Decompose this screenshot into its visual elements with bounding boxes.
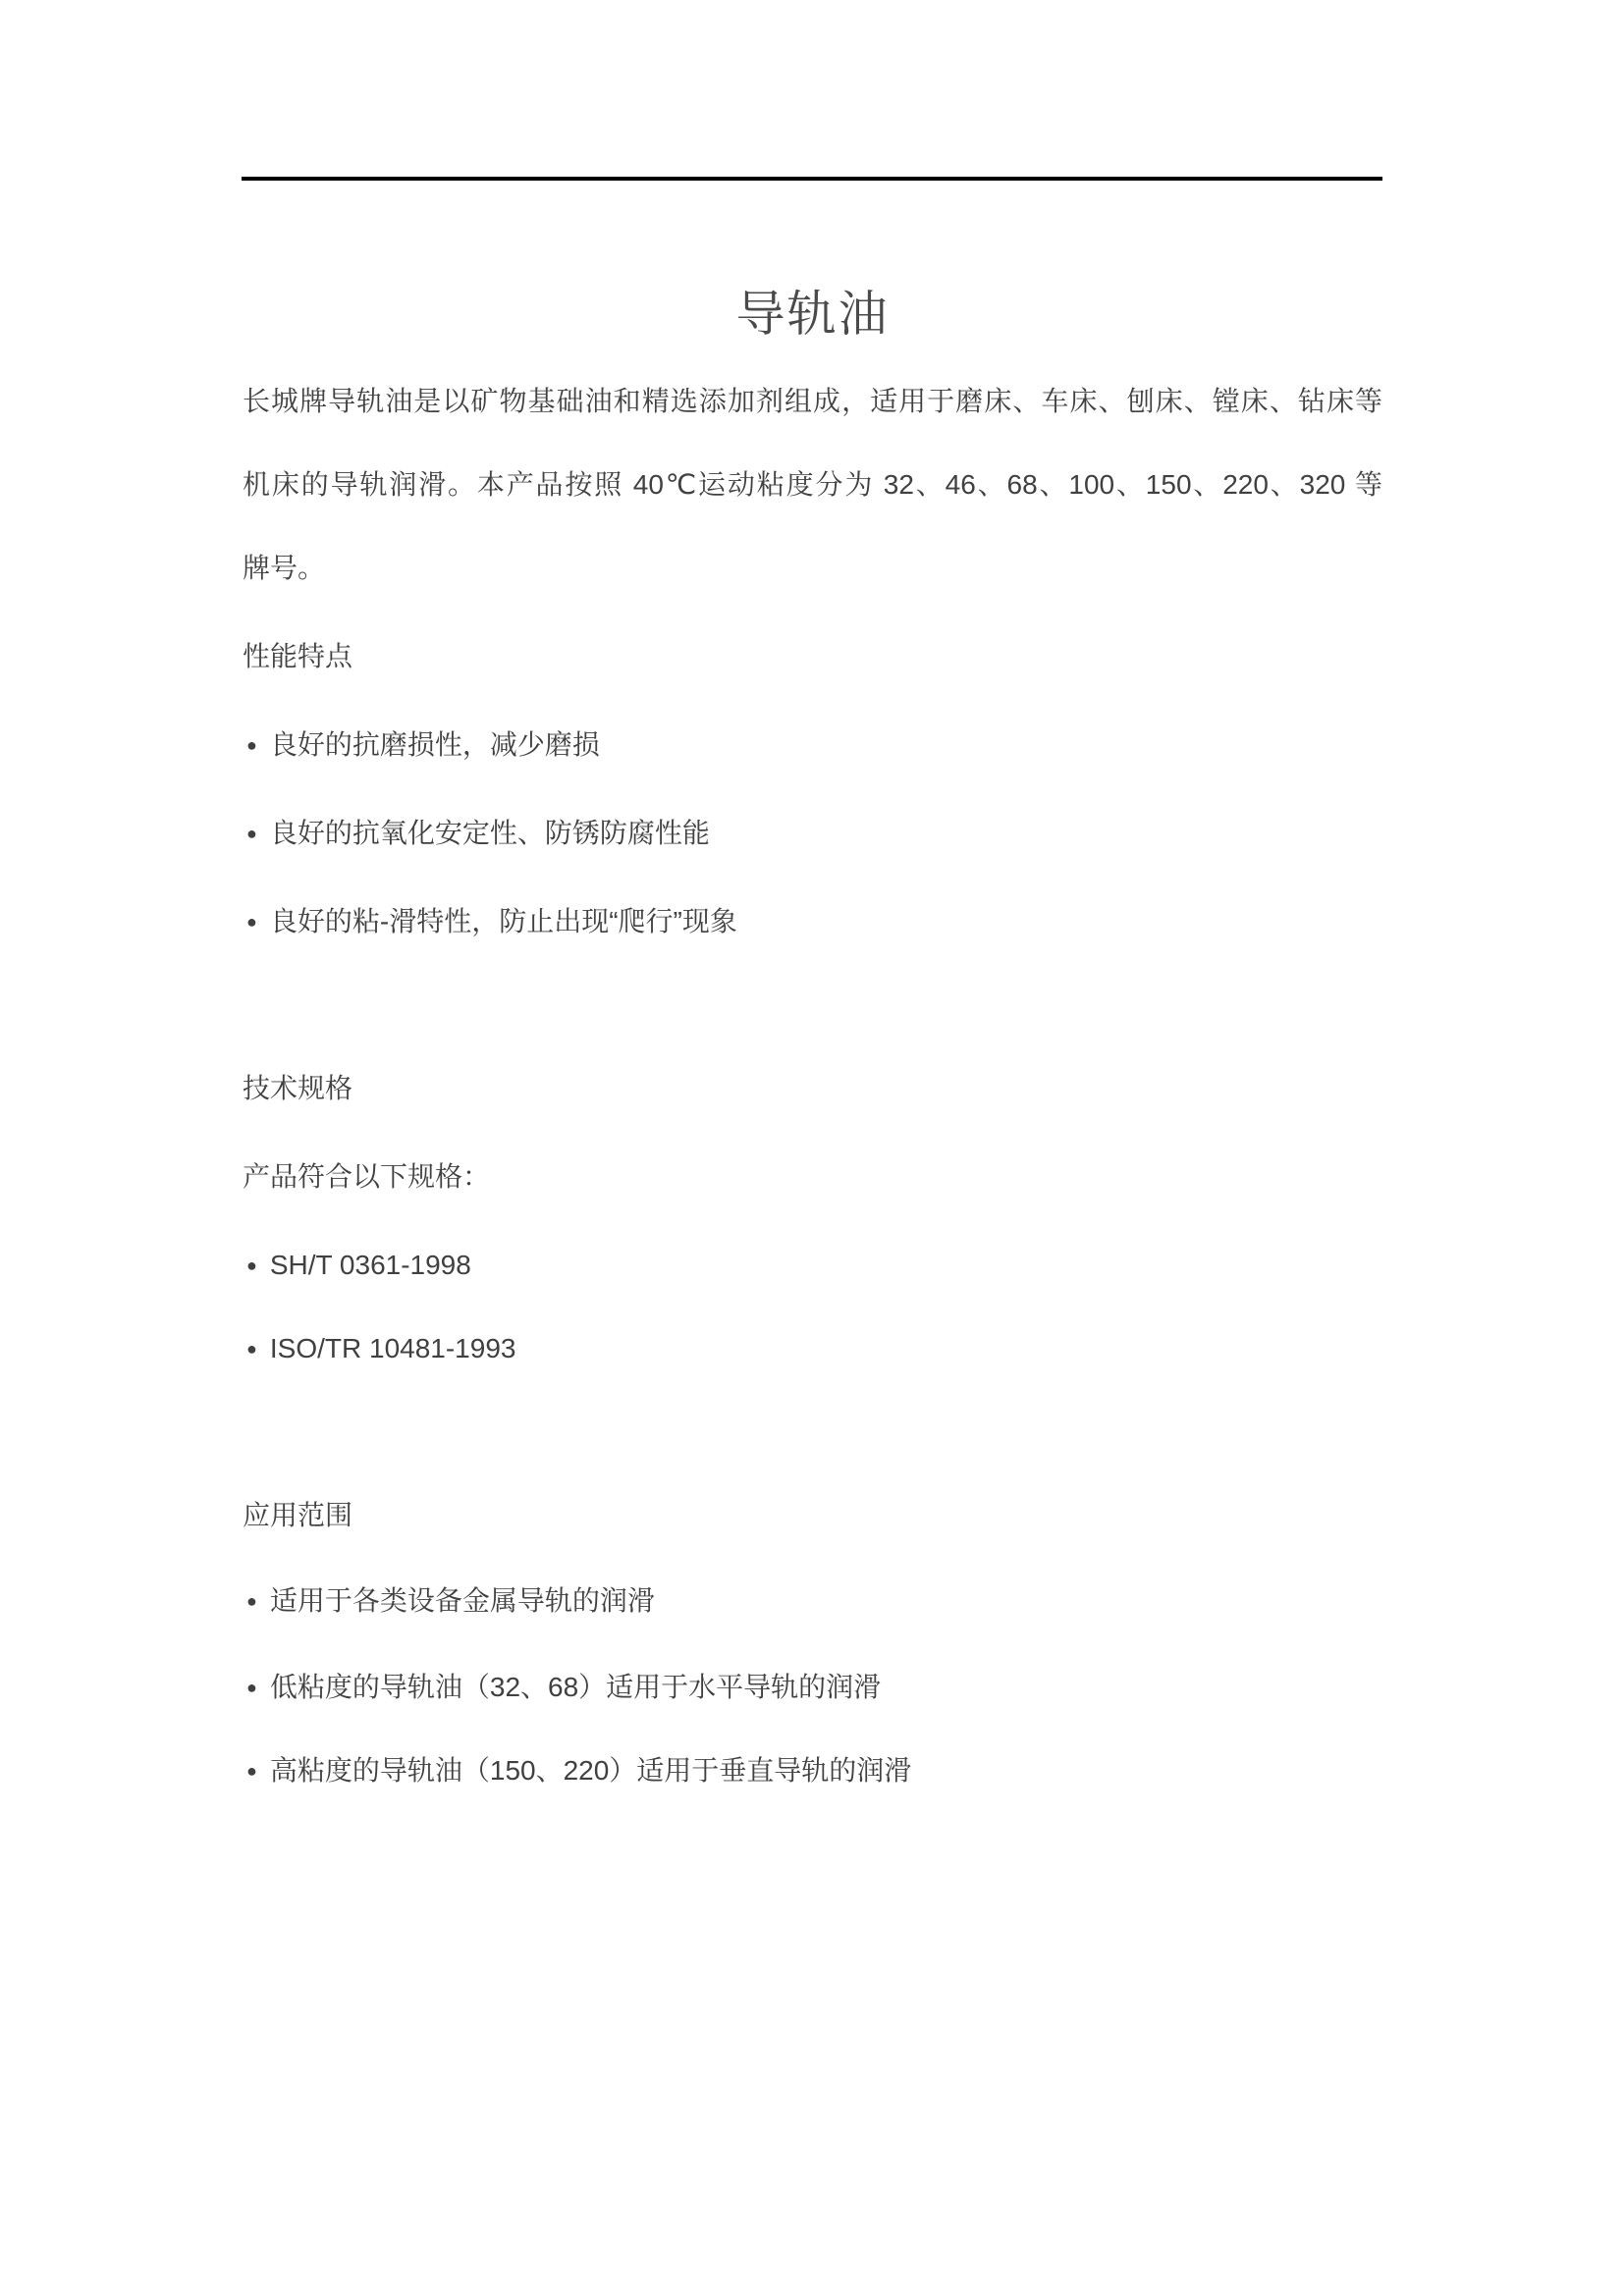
bullet-icon: ● — [246, 1670, 257, 1705]
list-item-text: SH/T 0361-1998 — [270, 1250, 471, 1280]
intro-paragraph-line: 牌号。 — [243, 551, 1382, 586]
list-item: ●适用于各类设备金属导轨的润滑 — [243, 1583, 1382, 1619]
section-heading-specs: 技术规格 — [243, 1071, 1382, 1106]
list-item-text: 高粘度的导轨油（150、220）适用于垂直导轨的润滑 — [270, 1755, 911, 1786]
list-item: ●高粘度的导轨油（150、220）适用于垂直导轨的润滑 — [243, 1753, 1382, 1789]
list-item: ●SH/T 0361-1998 — [243, 1248, 1382, 1283]
bullet-icon: ● — [246, 904, 257, 939]
list-item: ●ISO/TR 10481-1993 — [243, 1331, 1382, 1366]
list-item-text: 低粘度的导轨油（32、68）适用于水平导轨的润滑 — [270, 1672, 881, 1702]
bullet-icon: ● — [246, 727, 257, 763]
bullet-icon: ● — [246, 816, 257, 851]
intro-paragraph-line: 长城牌导轨油是以矿物基础油和精选添加剂组成，适用于磨床、车床、刨床、镗床、钻床等 — [243, 384, 1382, 419]
list-item-text: ISO/TR 10481-1993 — [270, 1333, 516, 1363]
section-heading-applications: 应用范围 — [243, 1498, 1382, 1533]
list-item-text: 良好的粘-滑特性，防止出现“爬行”现象 — [270, 906, 737, 936]
bullet-icon: ● — [246, 1583, 257, 1619]
section-heading-performance: 性能特点 — [243, 639, 1382, 674]
list-item-text: 良好的抗氧化安定性、防锈防腐性能 — [270, 818, 710, 848]
list-item: ●良好的抗磨损性，减少磨损 — [243, 727, 1382, 763]
intro-paragraph-line: 机床的导轨润滑。本产品按照 40℃运动粘度分为 32、46、68、100、150… — [243, 467, 1382, 503]
bullet-icon: ● — [246, 1331, 257, 1366]
document-page: 导轨油 长城牌导轨油是以矿物基础油和精选添加剂组成，适用于磨床、车床、刨床、镗床… — [0, 0, 1624, 2296]
specs-lead-text: 产品符合以下规格： — [243, 1159, 1382, 1195]
list-item: ●良好的抗氧化安定性、防锈防腐性能 — [243, 816, 1382, 851]
bullet-icon: ● — [246, 1248, 257, 1283]
page-title: 导轨油 — [243, 283, 1382, 346]
list-item: ●良好的粘-滑特性，防止出现“爬行”现象 — [243, 904, 1382, 939]
top-horizontal-rule — [242, 177, 1382, 181]
list-item-text: 适用于各类设备金属导轨的润滑 — [270, 1585, 655, 1616]
list-item: ●低粘度的导轨油（32、68）适用于水平导轨的润滑 — [243, 1670, 1382, 1705]
bullet-icon: ● — [246, 1753, 257, 1789]
list-item-text: 良好的抗磨损性，减少磨损 — [270, 729, 600, 760]
